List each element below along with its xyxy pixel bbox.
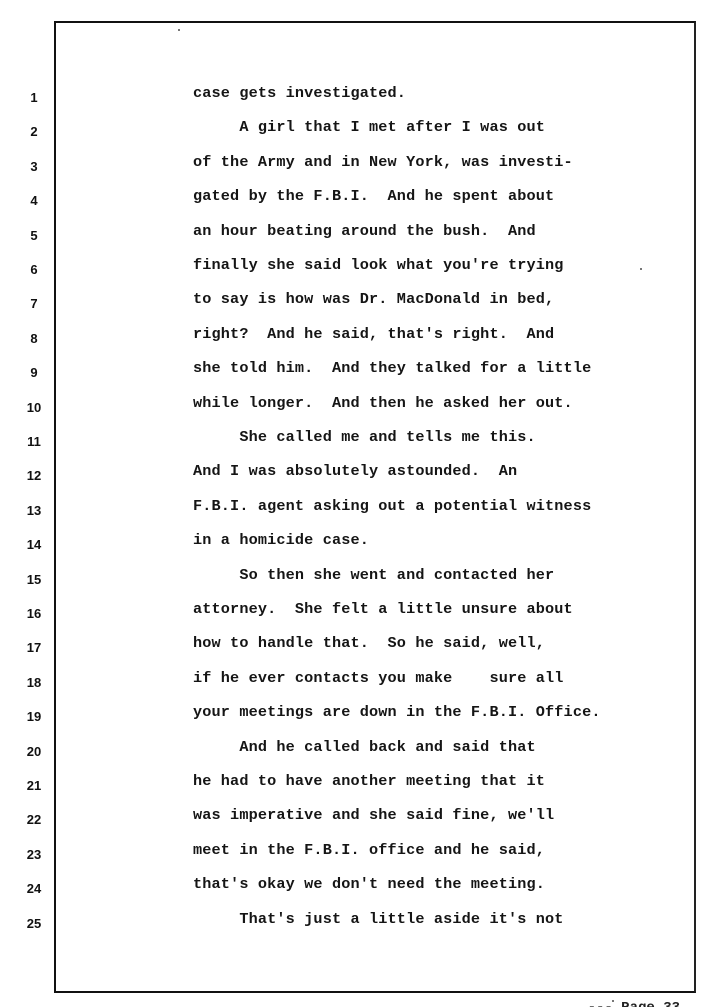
scan-speck — [612, 1000, 614, 1002]
line-number: 22 — [14, 812, 54, 827]
transcript-line: case gets investigated. — [193, 84, 406, 102]
line-number: 8 — [14, 331, 54, 346]
transcript-line: your meetings are down in the F.B.I. Off… — [193, 703, 601, 721]
scan-speck — [640, 268, 642, 270]
line-number: 9 — [14, 365, 54, 380]
line-number: 5 — [14, 228, 54, 243]
transcript-line: to say is how was Dr. MacDonald in bed, — [193, 290, 554, 308]
line-number: 21 — [14, 778, 54, 793]
transcript-line: And he called back and said that — [193, 738, 536, 756]
transcript-line: of the Army and in New York, was investi… — [193, 153, 573, 171]
transcript-line: while longer. And then he asked her out. — [193, 394, 573, 412]
line-number: 4 — [14, 193, 54, 208]
line-number: 10 — [14, 400, 54, 415]
transcript-line: if he ever contacts you make sure all — [193, 669, 564, 687]
line-number: 24 — [14, 881, 54, 896]
transcript-line: that's okay we don't need the meeting. — [193, 875, 545, 893]
line-number: 12 — [14, 468, 54, 483]
line-number: 3 — [14, 159, 54, 174]
transcript-line: he had to have another meeting that it — [193, 772, 545, 790]
transcript-line: finally she said look what you're trying — [193, 256, 564, 274]
line-number: 1 — [14, 90, 54, 105]
line-number: 16 — [14, 606, 54, 621]
line-number: 7 — [14, 296, 54, 311]
transcript-line: A girl that I met after I was out — [193, 118, 545, 136]
transcript-line: So then she went and contacted her — [193, 566, 554, 584]
line-number: 6 — [14, 262, 54, 277]
transcript-line: And I was absolutely astounded. An — [193, 462, 517, 480]
transcript-line: how to handle that. So he said, well, — [193, 634, 545, 652]
transcript-line: gated by the F.B.I. And he spent about — [193, 187, 554, 205]
transcript-line: right? And he said, that's right. And — [193, 325, 554, 343]
transcript-line: an hour beating around the bush. And — [193, 222, 536, 240]
line-number: 17 — [14, 640, 54, 655]
line-number: 11 — [14, 434, 54, 449]
line-number: 2 — [14, 124, 54, 139]
line-number: 14 — [14, 537, 54, 552]
line-number: 19 — [14, 709, 54, 724]
transcript-line: was imperative and she said fine, we'll — [193, 806, 554, 824]
line-number: 18 — [14, 675, 54, 690]
line-number: 25 — [14, 916, 54, 931]
line-number: 20 — [14, 744, 54, 759]
line-number: 13 — [14, 503, 54, 518]
transcript-line: That's just a little aside it's not — [193, 910, 564, 928]
transcript-line: she told him. And they talked for a litt… — [193, 359, 591, 377]
line-number: 23 — [14, 847, 54, 862]
scan-speck — [178, 29, 180, 31]
transcript-line: She called me and tells me this. — [193, 428, 536, 446]
transcript-line: F.B.I. agent asking out a potential witn… — [193, 497, 591, 515]
transcript-line: attorney. She felt a little unsure about — [193, 600, 573, 618]
transcript-line: meet in the F.B.I. office and he said, — [193, 841, 545, 859]
page-footer: --- Page 33 — [588, 1000, 680, 1007]
line-number: 15 — [14, 572, 54, 587]
transcript-line: in a homicide case. — [193, 531, 369, 549]
